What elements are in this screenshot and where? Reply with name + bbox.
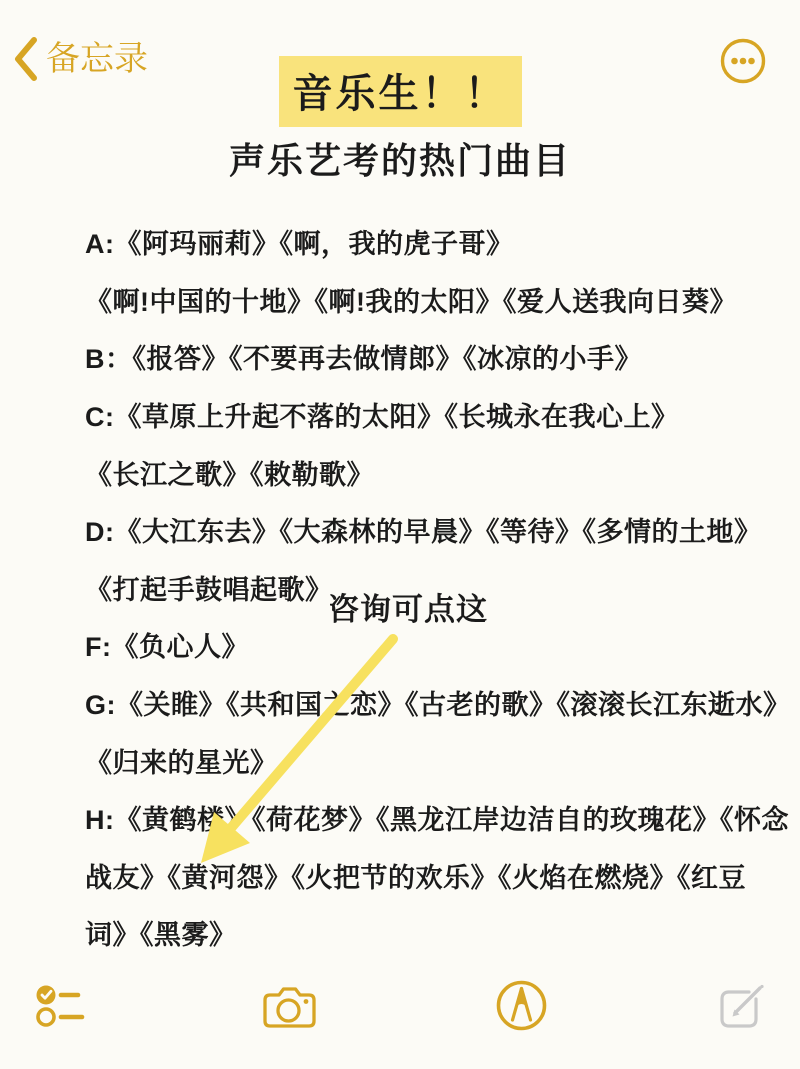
note-line: 《长江之歌》《敕勒歌》 <box>85 443 760 501</box>
note-line: G:《关睢》《共和国之恋》《古老的歌》《滚滚长江东逝水》 <box>85 674 760 732</box>
note-line: D:《大江东去》《大森林的早晨》《等待》《多情的土地》 <box>85 501 760 559</box>
checklist-icon <box>36 1015 88 1032</box>
annotation-text: 咨询可点这 <box>328 584 488 629</box>
compose-icon <box>718 1016 765 1033</box>
camera-icon <box>262 1016 317 1033</box>
compose-button[interactable] <box>718 983 765 1029</box>
markup-button[interactable] <box>495 979 548 1032</box>
note-line: 词》《黑雾》 <box>85 904 760 962</box>
note-line: B：《报答》《不要再去做情郎》《冰凉的小手》 <box>85 328 760 386</box>
note-line: H:《黄鹤楼》《荷花梦》《黑龙江岸边洁自的玫瑰花》《怀念 <box>85 789 760 847</box>
note-line: C:《草原上升起不落的太阳》《长城永在我心上》 <box>85 386 760 444</box>
note-subtitle: 声乐艺考的热门曲目 <box>0 133 800 184</box>
camera-button[interactable] <box>262 985 317 1029</box>
markup-pen-icon <box>495 1019 548 1036</box>
note-line: 《啊!中国的十地》《啊!我的太阳》《爱人送我向日葵》 <box>85 271 760 329</box>
note-line: 战友》《黄河怨》《火把节的欢乐》《火焰在燃烧》《红豆 <box>85 847 760 905</box>
checklist-button[interactable] <box>36 984 88 1028</box>
note-title: 音乐生！！ <box>0 56 800 127</box>
note-line: 《归来的星光》 <box>85 731 760 789</box>
note-title-text: 音乐生！！ <box>279 56 522 127</box>
note-line: A:《阿玛丽莉》《啊，我的虎子哥》 <box>85 213 760 271</box>
notes-app-page: 备忘录 音乐生！！ 声乐艺考的热门曲目 A:《阿玛丽莉》《啊，我的虎子哥》《啊!… <box>0 0 800 1069</box>
